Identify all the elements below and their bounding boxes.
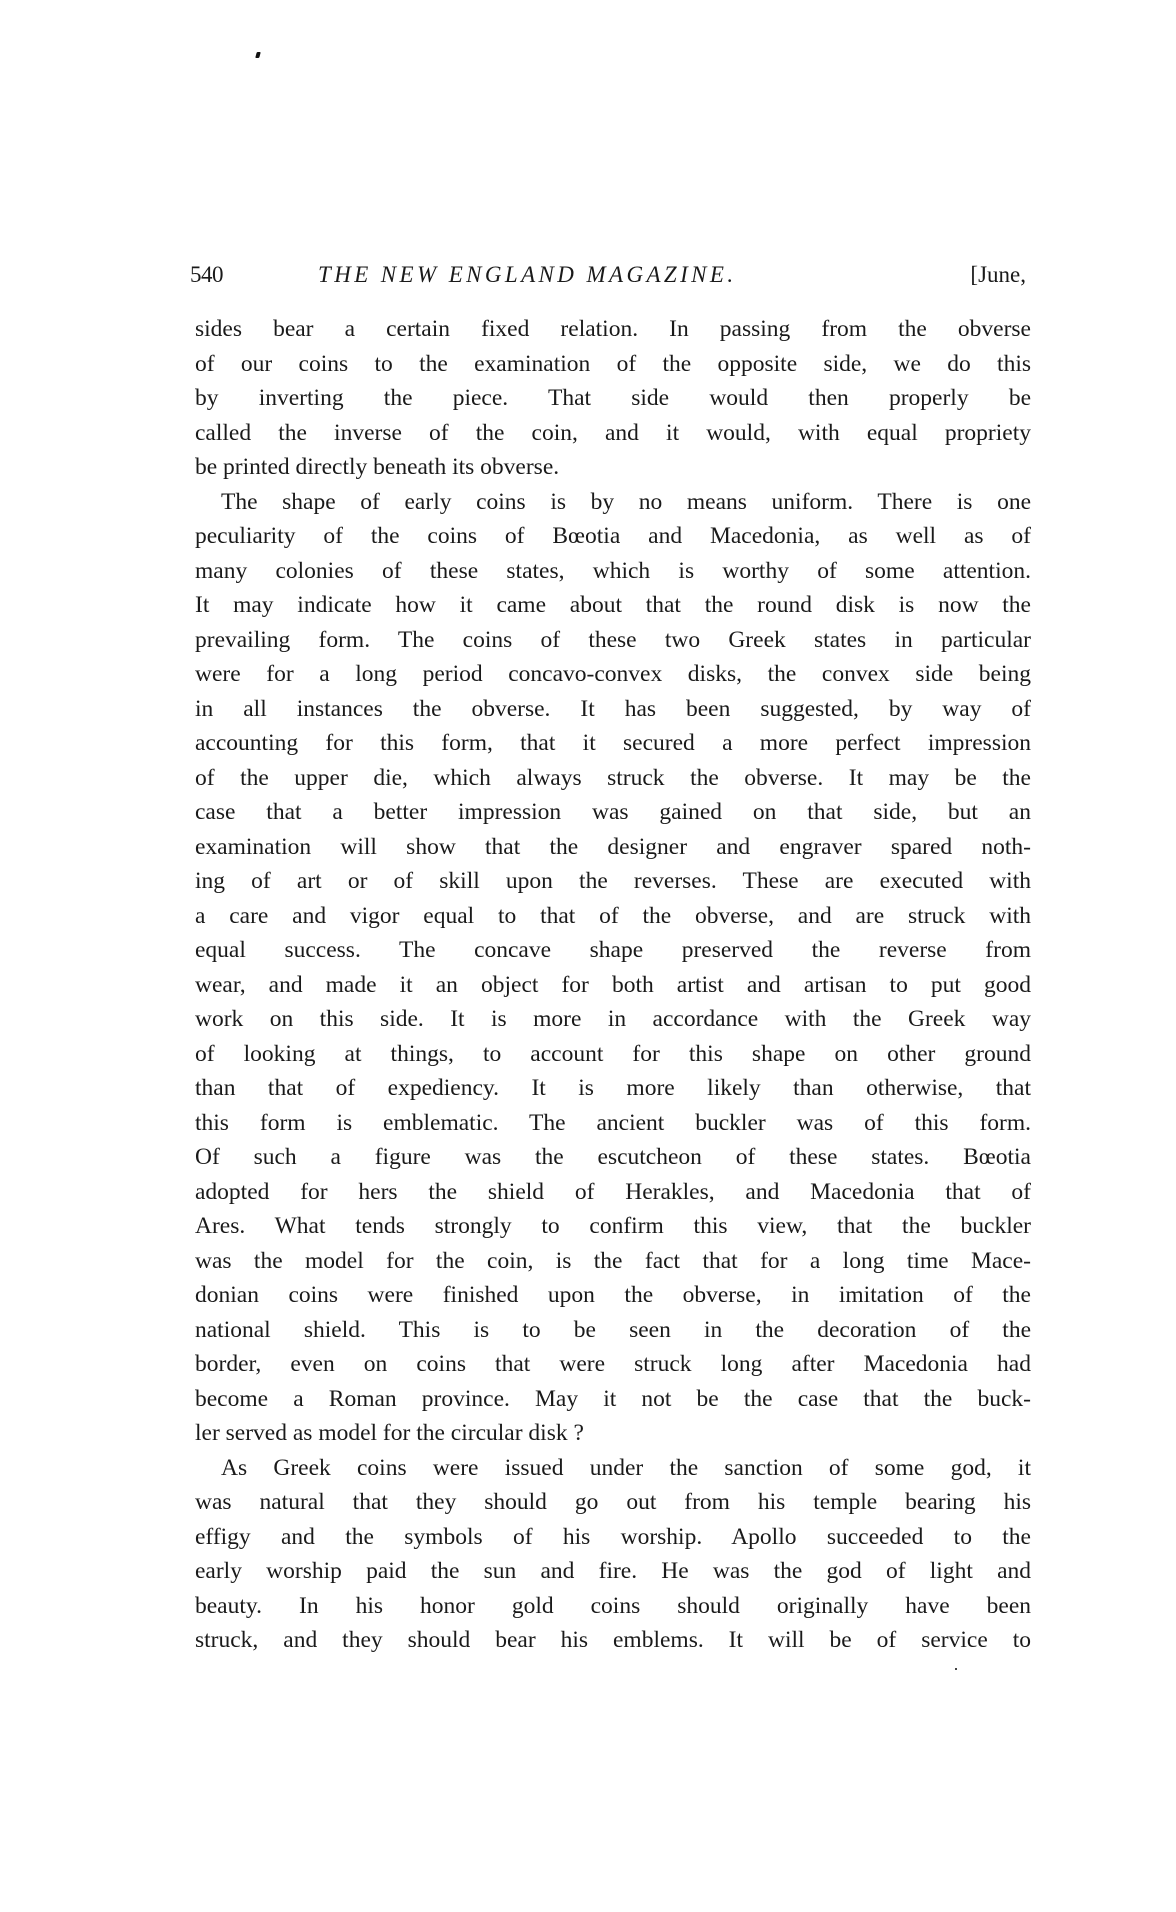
text-line: was the model for the coin, is the fact … bbox=[195, 1244, 1031, 1279]
text-line: As Greek coins were issued under the san… bbox=[195, 1451, 1031, 1486]
text-line: accounting for this form, that it secure… bbox=[195, 726, 1031, 761]
text-line: struck, and they should bear his emblems… bbox=[195, 1623, 1031, 1658]
text-line: border, even on coins that were struck l… bbox=[195, 1347, 1031, 1382]
text-line: national shield. This is to be seen in t… bbox=[195, 1313, 1031, 1348]
publication-title: THE NEW ENGLAND MAGAZINE. bbox=[318, 258, 737, 292]
text-line: case that a better impression was gained… bbox=[195, 795, 1031, 830]
scan-speck bbox=[255, 52, 261, 58]
text-line: examination will show that the designer … bbox=[195, 830, 1031, 865]
text-line: was natural that they should go out from… bbox=[195, 1485, 1031, 1520]
text-line: called the inverse of the coin, and it w… bbox=[195, 416, 1031, 451]
text-line: beauty. In his honor gold coins should o… bbox=[195, 1589, 1031, 1624]
text-line: Ares. What tends strongly to confirm thi… bbox=[195, 1209, 1031, 1244]
paragraph: As Greek coins were issued under the san… bbox=[195, 1451, 1031, 1658]
text-line: many colonies of these states, which is … bbox=[195, 554, 1031, 589]
text-line: were for a long period concavo-convex di… bbox=[195, 657, 1031, 692]
paragraph: The shape of early coins is by no means … bbox=[195, 485, 1031, 1451]
text-line: work on this side. It is more in accorda… bbox=[195, 1002, 1031, 1037]
text-line: of the upper die, which always struck th… bbox=[195, 761, 1031, 796]
text-line: peculiarity of the coins of Bœotia and M… bbox=[195, 519, 1031, 554]
text-line: sides bear a certain fixed relation. In … bbox=[195, 312, 1031, 347]
text-line: than that of expediency. It is more like… bbox=[195, 1071, 1031, 1106]
text-line: a care and vigor equal to that of the ob… bbox=[195, 899, 1031, 934]
text-line: donian coins were finished upon the obve… bbox=[195, 1278, 1031, 1313]
running-head: 540 THE NEW ENGLAND MAGAZINE. [June, bbox=[190, 258, 1026, 292]
scan-speck bbox=[955, 1668, 957, 1670]
issue-month: [June, bbox=[970, 258, 1026, 292]
paragraph: sides bear a certain fixed relation. In … bbox=[195, 312, 1031, 485]
text-line: prevailing form. The coins of these two … bbox=[195, 623, 1031, 658]
text-line: become a Roman province. May it not be t… bbox=[195, 1382, 1031, 1417]
text-line: equal success. The concave shape preserv… bbox=[195, 933, 1031, 968]
text-line: this form is emblematic. The ancient buc… bbox=[195, 1106, 1031, 1141]
text-line: effigy and the symbols of his worship. A… bbox=[195, 1520, 1031, 1555]
text-line: of our coins to the examination of the o… bbox=[195, 347, 1031, 382]
text-line: in all instances the obverse. It has bee… bbox=[195, 692, 1031, 727]
text-line: early worship paid the sun and fire. He … bbox=[195, 1554, 1031, 1589]
text-line: wear, and made it an object for both art… bbox=[195, 968, 1031, 1003]
text-line: adopted for hers the shield of Herakles,… bbox=[195, 1175, 1031, 1210]
text-line: The shape of early coins is by no means … bbox=[195, 485, 1031, 520]
text-line: ing of art or of skill upon the reverses… bbox=[195, 864, 1031, 899]
text-line: by inverting the piece. That side would … bbox=[195, 381, 1031, 416]
text-line: ler served as model for the circular dis… bbox=[195, 1416, 1031, 1451]
article-body: sides bear a certain fixed relation. In … bbox=[195, 312, 1031, 1658]
text-line: be printed directly beneath its obverse. bbox=[195, 450, 1031, 485]
page-number: 540 bbox=[190, 258, 223, 292]
text-line: It may indicate how it came about that t… bbox=[195, 588, 1031, 623]
text-line: of looking at things, to account for thi… bbox=[195, 1037, 1031, 1072]
text-line: Of such a figure was the escutcheon of t… bbox=[195, 1140, 1031, 1175]
